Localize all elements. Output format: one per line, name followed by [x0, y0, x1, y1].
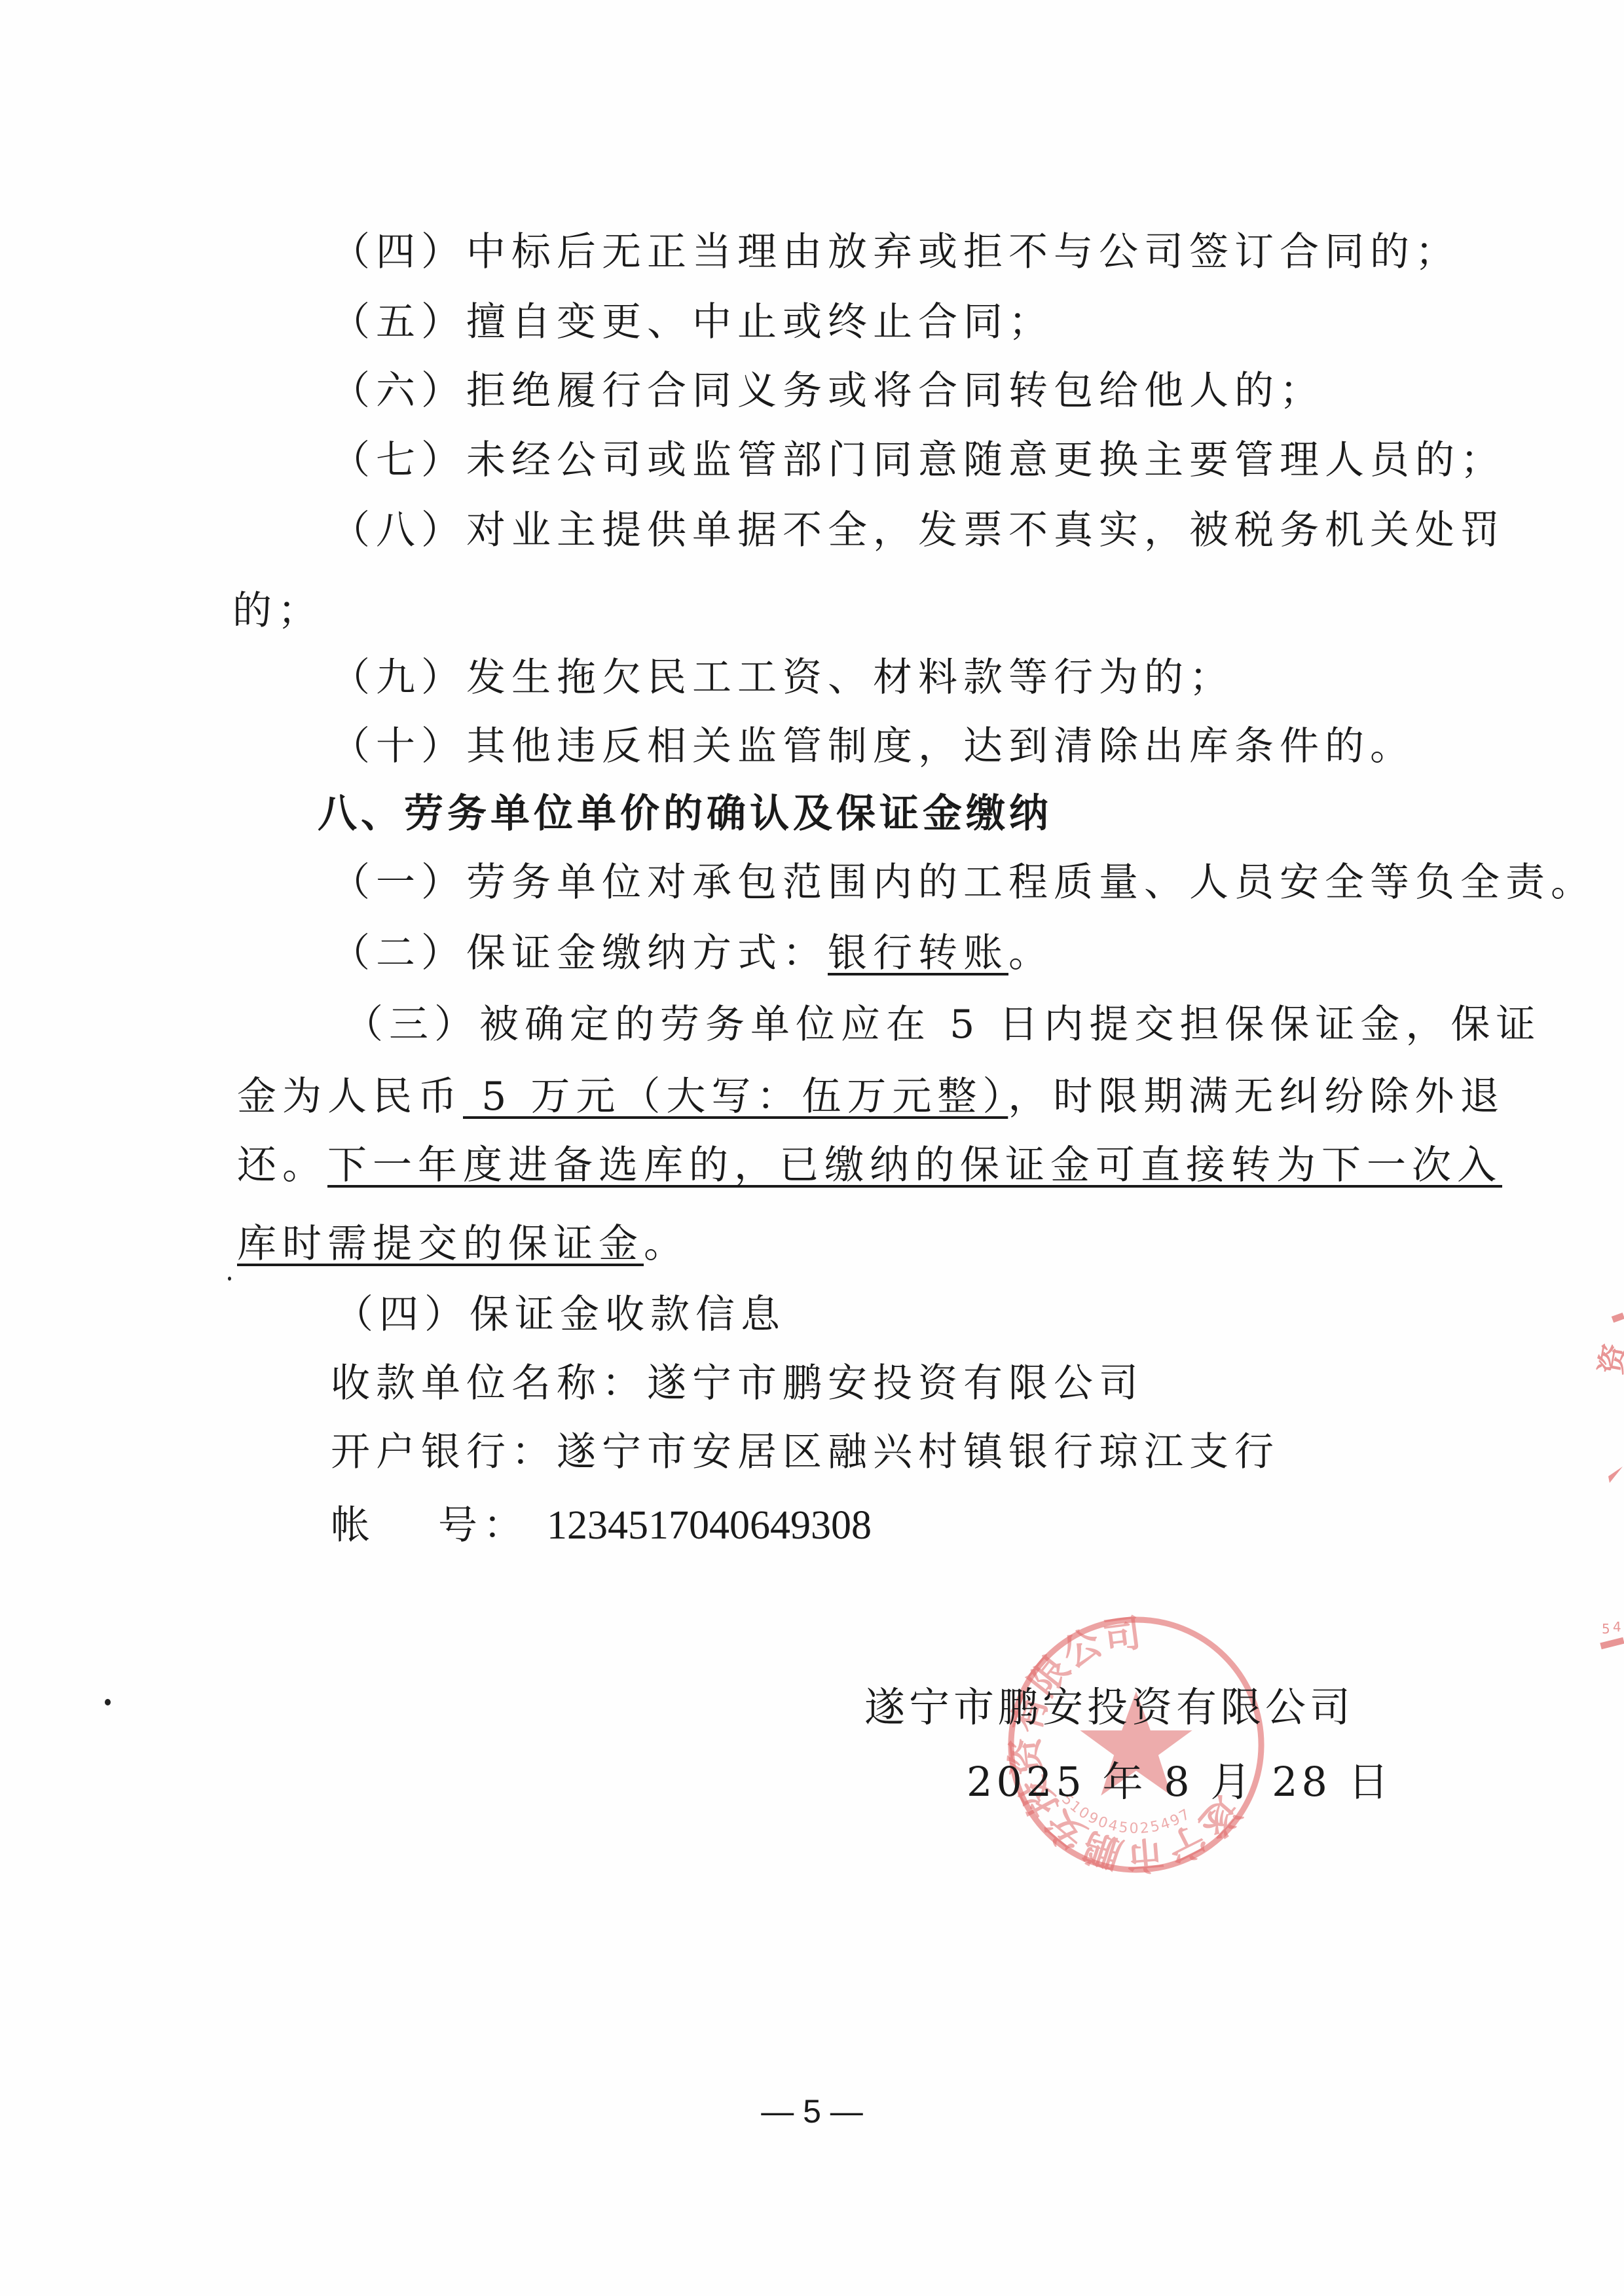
svg-text:遂宁市鹏安投资有限公司: 遂宁市鹏安投资有限公司 [1006, 1614, 1266, 1875]
section8-item-3-line1: （三）被确定的劳务单位应在 5 日内提交担保保证金，保证 [344, 998, 1541, 1051]
deposit-amount: 5 万元（大写：伍万元整） [463, 1074, 1008, 1120]
company-seal-icon: 遂宁市鹏安投资有限公司 5109045025497 [1006, 1614, 1266, 1875]
section-heading: 八、劳务单位单价的确认及保证金缴纳 [318, 788, 1052, 840]
payee-value: 遂宁市鹏安投资有限公司 [647, 1360, 1144, 1406]
clause-text: 擅自变更、中止或终止合同； [466, 299, 1054, 345]
account-label-2: 号： [438, 1503, 528, 1548]
item-text: 保证金缴纳方式： [466, 930, 828, 976]
payment-method: 银行转账 [828, 930, 1008, 976]
item-label: （四） [334, 1292, 470, 1338]
clause-label: （七） [331, 437, 466, 483]
section8-item-3-line4: 库时需提交的保证金。 [237, 1218, 689, 1270]
item-label: （二） [331, 930, 466, 976]
payee-row: 收款单位名称：遂宁市鹏安投资有限公司 [331, 1357, 1144, 1410]
clause-label: （十） [331, 723, 466, 769]
clause-7: （七）未经公司或监管部门同意随意更换主要管理人员的； [331, 434, 1505, 486]
item-label: （一） [331, 860, 466, 905]
deposit-transfer-note-end: 库时需提交的保证金 [237, 1221, 644, 1267]
clause-label: （四） [331, 229, 466, 275]
section8-item-1: （一）劳务单位对承包范围内的工程质量、人员安全等负全责。 [331, 856, 1596, 909]
account-row: 帐号：1234517040649308 [331, 1499, 872, 1552]
clause-label: （九） [331, 655, 466, 701]
clause-6: （六）拒绝履行合同义务或将合同转包给他人的； [331, 365, 1325, 417]
clause-8: （八）对业主提供单据不全，发票不真实，被税务机关处罚 [331, 504, 1505, 556]
clause-text: 拒绝履行合同义务或将合同转包给他人的； [466, 368, 1325, 414]
clause-label: （八） [331, 507, 466, 553]
clause-text: 其他违反相关监管制度，达到清除出库条件的。 [466, 723, 1415, 769]
clause-5: （五）擅自变更、中止或终止合同； [331, 296, 1054, 348]
item-text: 保证金收款信息 [470, 1292, 786, 1338]
section8-item-2: （二）保证金缴纳方式：银行转账。 [331, 927, 1054, 979]
bank-row: 开户银行：遂宁市安居区融兴村镇银行琼江支行 [331, 1426, 1280, 1478]
clause-text: 中标后无正当理由放弃或拒不与公司签订合同的； [466, 229, 1460, 275]
svg-text:4: 4 [1613, 1619, 1621, 1635]
punctuation: 。 [644, 1221, 689, 1267]
seam-seal-icon: 资 5 4 [1583, 1303, 1624, 1669]
svg-text:5: 5 [1602, 1621, 1610, 1637]
text: 还。 [237, 1142, 327, 1188]
section8-item-4: （四）保证金收款信息 [334, 1288, 786, 1341]
clause-10: （十）其他违反相关监管制度，达到清除出库条件的。 [331, 720, 1415, 773]
text: ，时限期满无纠纷除外退 [1008, 1074, 1505, 1120]
item-label: （三） [344, 1002, 479, 1048]
clause-4: （四）中标后无正当理由放弃或拒不与公司签订合同的； [331, 226, 1460, 278]
clause-label: （五） [331, 299, 466, 345]
scan-speck [105, 1699, 111, 1705]
bank-value: 遂宁市安居区融兴村镇银行琼江支行 [557, 1429, 1280, 1475]
svg-text:资: 资 [1593, 1340, 1624, 1377]
clause-text: 未经公司或监管部门同意随意更换主要管理人员的； [466, 437, 1505, 483]
item-text: 被确定的劳务单位应在 5 日内提交担保保证金，保证 [479, 1002, 1541, 1048]
signature-company: 遂宁市鹏安投资有限公司 [864, 1681, 1354, 1734]
clause-8-continuation: 的； [232, 585, 323, 637]
deposit-transfer-note: 下一年度进备选库的，已缴纳的保证金可直接转为下一次入 [327, 1142, 1502, 1188]
payee-label: 收款单位名称： [331, 1360, 647, 1406]
item-text: 劳务单位对承包范围内的工程质量、人员安全等负全责。 [466, 860, 1596, 905]
clause-9: （九）发生拖欠民工工资、材料款等行为的； [331, 651, 1234, 704]
section8-item-3-line3: 还。下一年度进备选库的，已缴纳的保证金可直接转为下一次入 [237, 1139, 1502, 1192]
punctuation: 。 [1008, 930, 1054, 976]
clause-text: 发生拖欠民工工资、材料款等行为的； [466, 655, 1234, 701]
document-page: （四）中标后无正当理由放弃或拒不与公司签订合同的； （五）擅自变更、中止或终止合… [0, 0, 1624, 2296]
clause-text: 对业主提供单据不全，发票不真实，被税务机关处罚 [466, 507, 1505, 553]
page-number: — 5 — [0, 2092, 1624, 2131]
clause-label: （六） [331, 368, 466, 414]
account-number: 1234517040649308 [547, 1503, 872, 1548]
text: 金为人民币 [237, 1074, 463, 1120]
account-label-1: 帐 [331, 1503, 376, 1548]
section8-item-3-line2: 金为人民币 5 万元（大写：伍万元整），时限期满无纠纷除外退 [237, 1070, 1505, 1123]
signature-date: 2025 年 8 月 28 日 [967, 1756, 1393, 1808]
scan-speck [228, 1277, 231, 1281]
bank-label: 开户银行： [331, 1429, 557, 1475]
